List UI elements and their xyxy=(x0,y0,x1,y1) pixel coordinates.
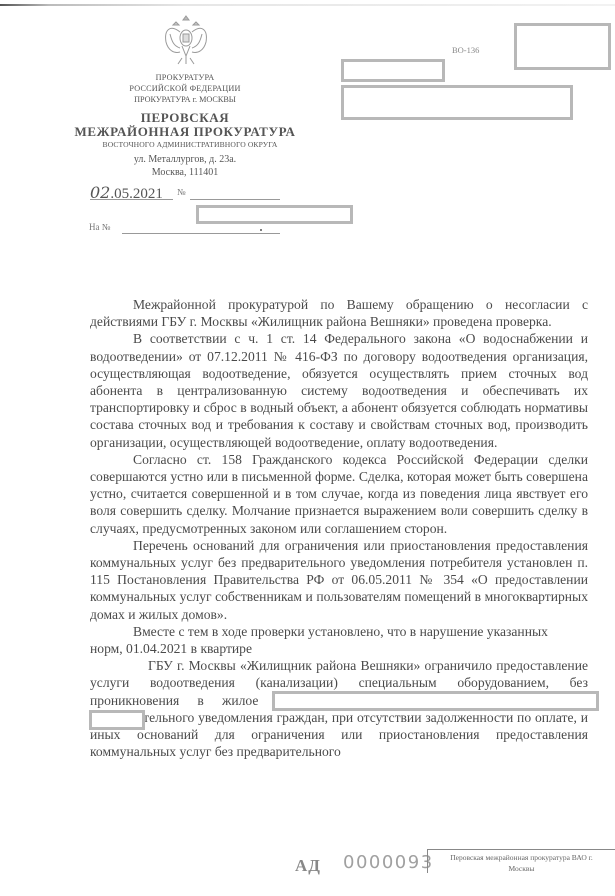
paragraph-line: Вместе с тем в ходе проверки установлено… xyxy=(90,623,588,640)
number-label: № xyxy=(177,187,186,197)
stamp-line: Москвы xyxy=(428,863,615,874)
letterhead-line: ПЕРОВСКАЯ xyxy=(60,111,310,125)
letterhead-address: ул. Металлургов, д. 23а. Москва, 111401 xyxy=(60,153,310,179)
text: норм, 01.04.2021 в квартире xyxy=(90,641,252,656)
letterhead-moscow: ПРОКУРАТУРА г. МОСКВЫ xyxy=(60,95,310,104)
redaction-box xyxy=(514,23,611,70)
letter-date: 02.05.2021 xyxy=(90,183,163,203)
paragraph: Межрайонной прокуратурой по Вашему обращ… xyxy=(90,296,588,330)
reply-to-label: На № xyxy=(89,222,110,232)
office-stamp: Перовская межрайонная прокуратура ВАО г.… xyxy=(427,849,615,873)
address-line: ул. Металлургов, д. 23а. xyxy=(60,153,310,166)
redaction-box xyxy=(89,710,145,730)
paragraph: Перечень оснований для ограничения или п… xyxy=(90,537,588,623)
form-series: АД xyxy=(295,856,321,876)
underline xyxy=(190,199,280,200)
underline xyxy=(122,233,280,234)
letterhead-line: МЕЖРАЙОННАЯ ПРОКУРАТУРА xyxy=(60,125,310,139)
underline xyxy=(90,199,173,200)
form-number: 0000093 xyxy=(343,852,434,873)
letterhead-prosecutor-rf: ПРОКУРАТУРА РОССИЙСКОЙ ФЕДЕРАЦИИ xyxy=(60,72,310,94)
paragraph: В соответствии с ч. 1 ст. 14 Федеральног… xyxy=(90,330,588,450)
address-line: Москва, 111401 xyxy=(60,166,310,179)
redaction-box xyxy=(341,85,573,120)
paragraph-line: норм, 01.04.2021 в квартире xyxy=(90,640,588,657)
redaction-box xyxy=(272,691,599,711)
paragraph: Согласно ст. 158 Гражданского кодекса Ро… xyxy=(90,451,588,537)
stamp-line: Перовская межрайонная прокуратура ВАО г. xyxy=(428,852,615,863)
scan-dot xyxy=(260,229,262,231)
letterhead-district: ВОСТОЧНОГО АДМИНИСТРАТИВНОГО ОКРУГА xyxy=(60,140,320,149)
document-code: ВО-136 xyxy=(452,45,479,55)
letterhead-office-name: ПЕРОВСКАЯ МЕЖРАЙОННАЯ ПРОКУРАТУРА xyxy=(60,111,310,139)
coat-of-arms-icon xyxy=(160,12,212,68)
redaction-box xyxy=(196,205,353,224)
letterhead-line: РОССИЙСКОЙ ФЕДЕРАЦИИ xyxy=(60,83,310,94)
letterhead-line: ПРОКУРАТУРА xyxy=(60,72,310,83)
redaction-box xyxy=(341,59,445,82)
scan-top-edge xyxy=(0,4,615,6)
